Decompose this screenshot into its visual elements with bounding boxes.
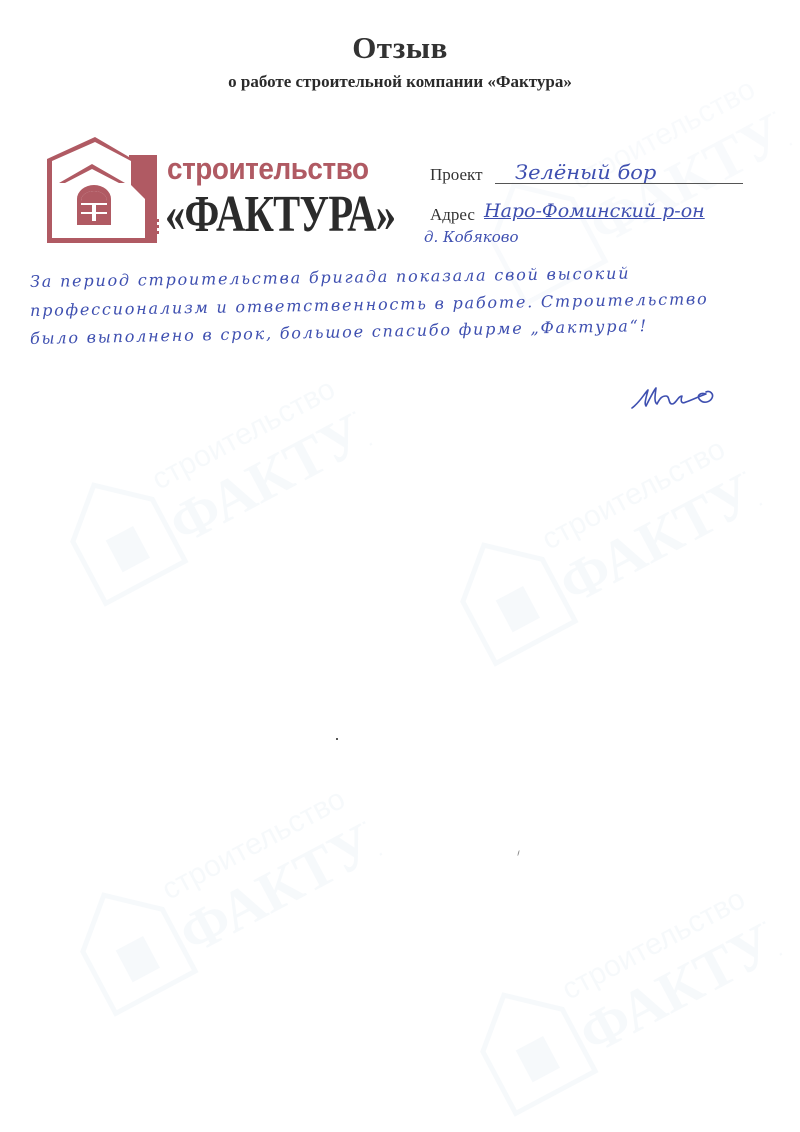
svg-text:строительство: строительство <box>557 882 751 1006</box>
review-line: профессионализм и ответственность в рабо… <box>30 289 709 320</box>
address-value-line2: д. Кобяково <box>424 228 519 246</box>
document-title: Отзыв <box>0 30 800 66</box>
review-line: было выполнено в срок, большое спасибо ф… <box>30 316 648 348</box>
scan-speck <box>517 850 520 856</box>
svg-text:строительство: строительство <box>147 372 341 496</box>
svg-text:ФАКТУРА: ФАКТУРА <box>168 778 394 967</box>
logo-company-name: «ФАКТУРА» <box>165 189 395 241</box>
document-page: строительство ФАКТУРА строительство ФАКТ… <box>0 0 800 1132</box>
watermark-logo: строительство ФАКТУРА <box>36 343 384 617</box>
svg-text:ФАКТУРА: ФАКТУРА <box>548 428 774 617</box>
scan-speck <box>336 738 338 740</box>
address-label: Адрес <box>430 205 475 225</box>
logo-tagline: строительство <box>167 151 369 187</box>
project-label: Проект <box>430 165 483 185</box>
svg-text:ФАКТУРА: ФАКТУРА <box>158 368 384 557</box>
watermark-logo: строительство ФАКТУРА <box>446 853 794 1127</box>
company-logo: строительство «ФАКТУРА» <box>47 137 377 243</box>
house-icon <box>47 137 165 243</box>
project-value: Зелёный бор <box>515 160 656 184</box>
review-line: За период строительства бригада показала… <box>30 264 631 291</box>
svg-text:строительство: строительство <box>157 782 351 906</box>
address-value-line1: Наро-Фоминский р-он <box>484 200 705 222</box>
document-subtitle: о работе строительной компании «Фактура» <box>0 72 800 92</box>
watermark-logo: строительство ФАКТУРА <box>46 753 394 1027</box>
svg-text:строительство: строительство <box>537 432 731 556</box>
signature-icon <box>630 382 725 412</box>
svg-text:ФАКТУРА: ФАКТУРА <box>568 878 794 1067</box>
watermark-logo: строительство ФАКТУРА <box>426 403 774 677</box>
